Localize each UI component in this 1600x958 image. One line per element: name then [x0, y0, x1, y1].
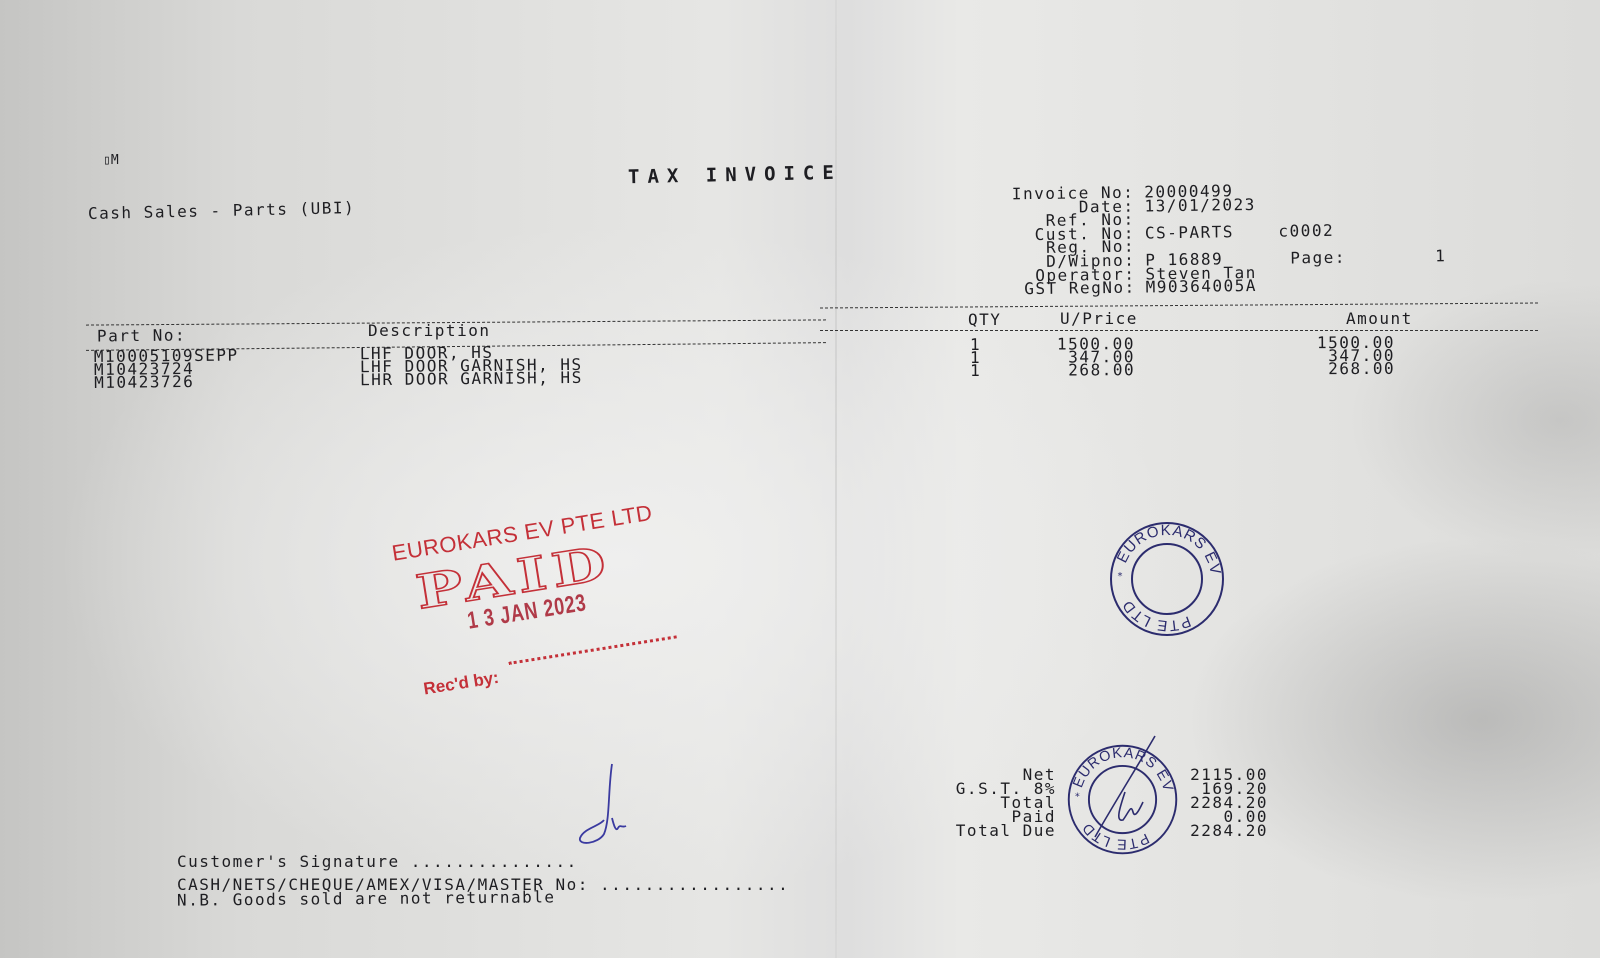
header-field-label: GST RegNo: [1024, 281, 1136, 296]
customer-signature [568, 760, 648, 850]
header-field-value: 13/01/2023 [1144, 198, 1256, 213]
header-field-value: CS-PARTS c0002 [1145, 224, 1334, 240]
issuer-signature [1085, 732, 1165, 842]
invoice-paper [0, 0, 1600, 958]
item-description: LHR DOOR GARNISH, HS [360, 371, 583, 386]
page-number: 1 [1435, 249, 1446, 263]
customer-signature-label: Customer's Signature ............... [177, 852, 578, 871]
svg-text:*: * [1075, 792, 1081, 803]
column-header-description: Description [368, 321, 490, 340]
company-seal-stamp: EUROKARS EV PTE LTD * [1105, 517, 1230, 642]
totals-label: Total Due [956, 824, 1056, 838]
received-by-line [508, 635, 676, 665]
totals-value: 2284.20 [1190, 824, 1268, 838]
table-header-rule-right [820, 330, 1538, 331]
item-qty: 1 [970, 364, 981, 377]
item-unit-price: 268.00 [1068, 363, 1135, 376]
document-title: TAX INVOICE [628, 162, 842, 188]
corner-mark: ▯M [103, 153, 119, 168]
returns-note: N.B. Goods sold are not returnable [177, 887, 556, 909]
part-number: M10423726 [94, 375, 194, 389]
svg-text:*: * [1117, 571, 1123, 582]
page-label: Page: [1290, 251, 1346, 265]
svg-text:EUROKARS EV: EUROKARS EV [1113, 517, 1230, 597]
column-header-qty: QTY [968, 310, 1001, 329]
header-field-value: M90364005A [1146, 279, 1258, 294]
column-header-part-no: Part No: [97, 326, 186, 346]
paper-fold-line [835, 0, 837, 958]
received-by-label: Rec'd by: [422, 668, 500, 700]
item-amount: 268.00 [1328, 362, 1395, 375]
column-header-unit-price: U/Price [1060, 309, 1138, 328]
column-header-amount: Amount [1346, 309, 1413, 328]
